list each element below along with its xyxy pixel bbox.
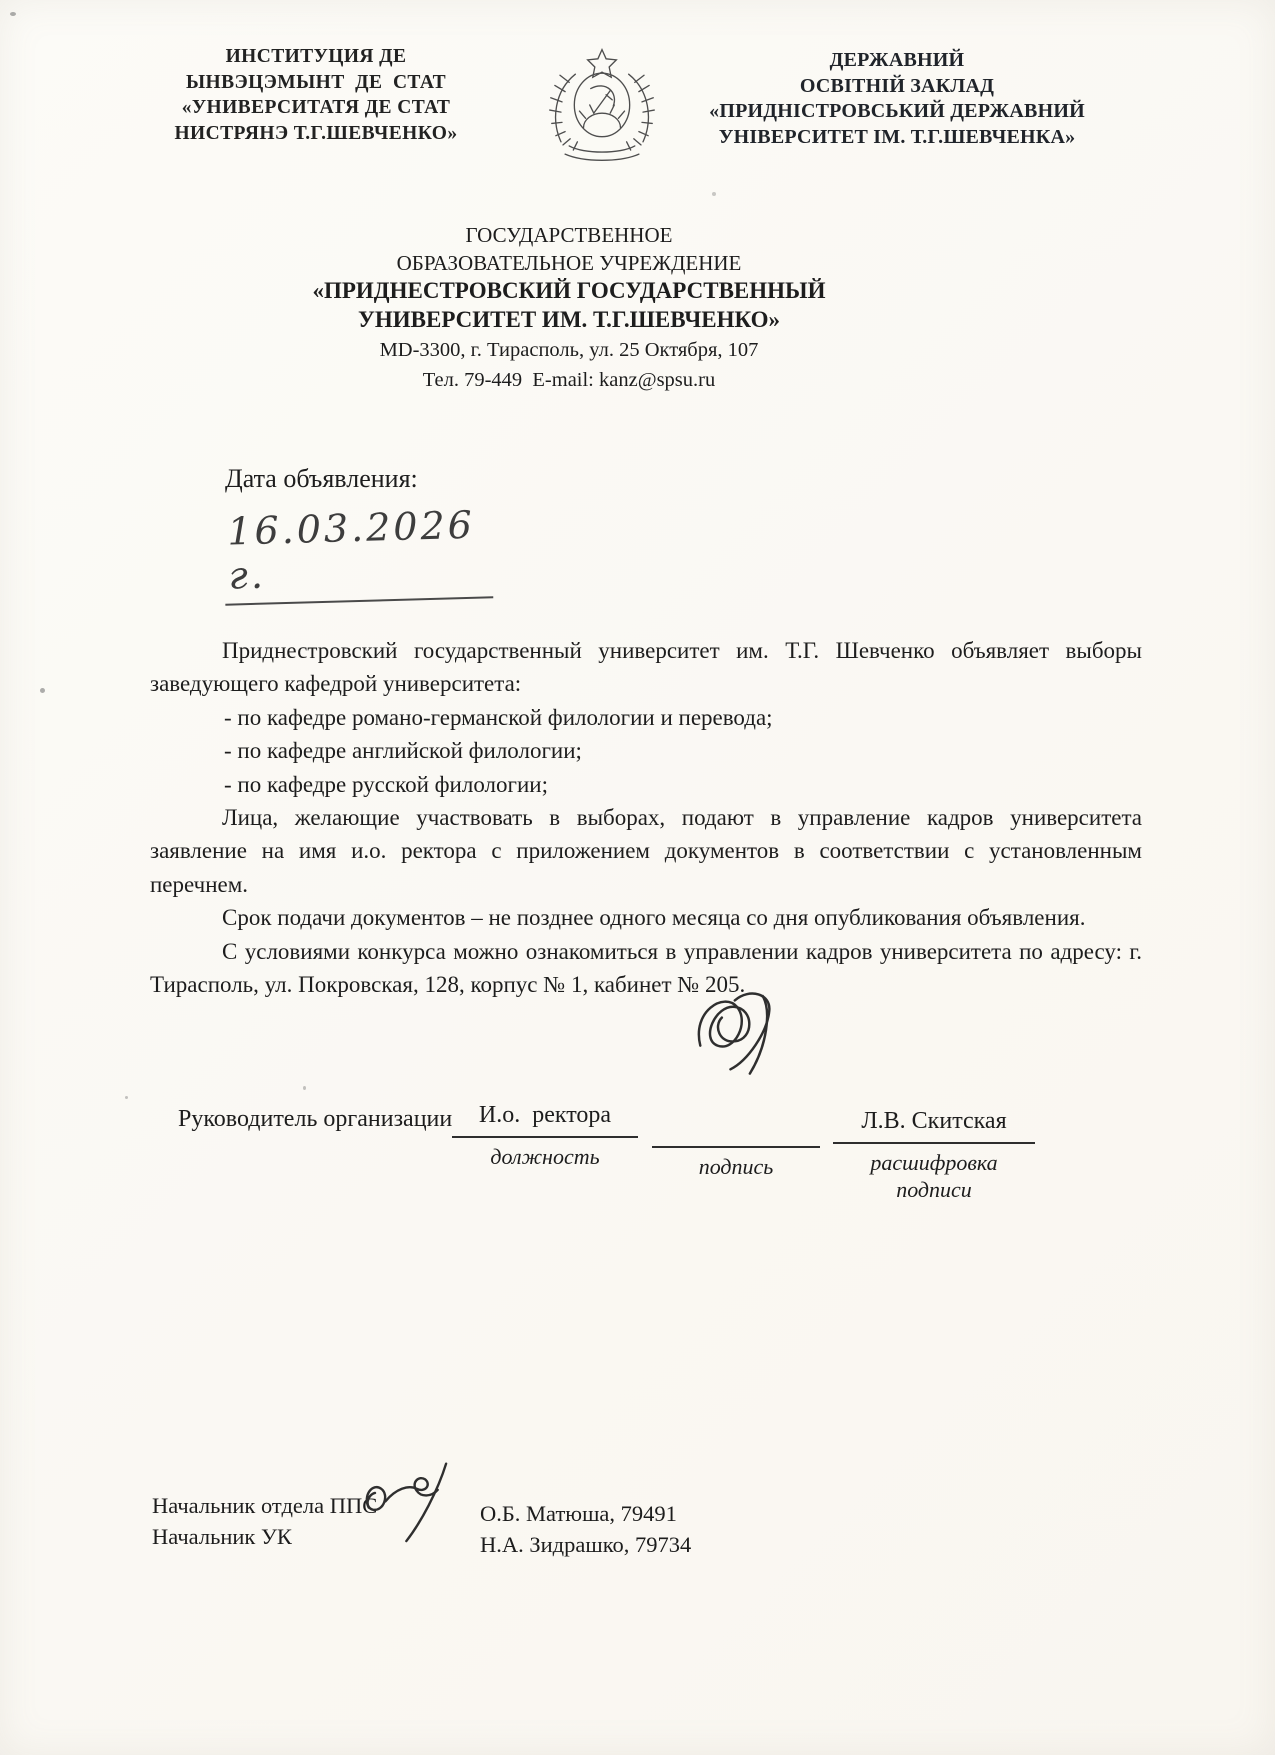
coat-of-arms-icon	[520, 44, 684, 170]
announcement-body: Приднестровский государственный универси…	[150, 634, 1142, 1001]
footer-official-title: Начальник отдела ППС	[152, 1490, 377, 1521]
org-address: MD-3300, г. Тирасполь, ул. 25 Октября, 1…	[212, 337, 926, 364]
footer-contacts: О.Б. Матюша, 79491 Н.А. Зидрашко, 79734	[480, 1498, 691, 1560]
department-list-item: - по кафедре русской филологии;	[224, 768, 1142, 801]
paragraph-announcement: Приднестровский государственный универси…	[150, 634, 1142, 701]
organization-block: ГОСУДАРСТВЕННОЕ ОБРАЗОВАТЕЛЬНОЕ УЧРЕЖДЕН…	[212, 222, 926, 394]
handwritten-date: 16.03.2026 г.	[223, 502, 494, 605]
name-caption-line2: подписи	[833, 1176, 1035, 1203]
signature-line	[652, 1146, 820, 1148]
scanned-document-page: ИНСТИТУЦИЯ ДЕ ЫНВЭЦЭМЫНТ ДЕ СТАТ «УНИВЕР…	[0, 0, 1275, 1755]
org-name-line: ОБРАЗОВАТЕЛЬНОЕ УЧРЕЖДЕНИЕ	[212, 250, 926, 278]
position-caption: должность	[452, 1143, 638, 1170]
paragraph-application: Лица, желающие участвовать в выборах, по…	[150, 801, 1142, 901]
letterhead-left-line: ИНСТИТУЦИЯ ДЕ	[148, 44, 484, 70]
position-value: И.о. ректора	[452, 1102, 638, 1138]
paragraph-contact-info: С условиями конкурса можно ознакомиться …	[150, 935, 1142, 1002]
scan-speck	[303, 1086, 306, 1090]
letterhead-right-ukrainian: ДЕРЖАВНИЙ ОСВІТНІЙ ЗАКЛАД «ПРИДНІСТРОВСЬ…	[668, 48, 1126, 150]
letterhead-left-moldovan: ИНСТИТУЦИЯ ДЕ ЫНВЭЦЭМЫНТ ДЕ СТАТ «УНИВЕР…	[148, 44, 484, 146]
org-name-line: ГОСУДАРСТВЕННОЕ	[212, 222, 926, 250]
letterhead-right-line: ОСВІТНІЙ ЗАКЛАД	[668, 74, 1126, 100]
scan-speck	[125, 1096, 128, 1099]
org-name-bold-line: УНИВЕРСИТЕТ ИМ. Т.Г.ШЕВЧЕНКО»	[212, 306, 926, 335]
footer-contact-line: Н.А. Зидрашко, 79734	[480, 1529, 691, 1560]
date-label: Дата объявления:	[225, 464, 418, 494]
letterhead-left-line: НИСТРЯНЭ Т.Г.ШЕВЧЕНКО»	[148, 121, 484, 147]
department-list-item: - по кафедре романо-германской филологии…	[224, 701, 1142, 734]
org-contact: Тел. 79-449 E-mail: kanz@spsu.ru	[212, 367, 926, 394]
paragraph-deadline: Срок подачи документов – не позднее одно…	[150, 901, 1142, 934]
footer-contact-line: О.Б. Матюша, 79491	[480, 1498, 691, 1529]
letterhead-left-line: «УНИВЕРСИТАТЯ ДЕ СТАТ	[148, 95, 484, 121]
scan-speck	[10, 12, 16, 16]
letterhead-left-line: ЫНВЭЦЭМЫНТ ДЕ СТАТ	[148, 70, 484, 96]
letterhead-right-line: ДЕРЖАВНИЙ	[668, 48, 1126, 74]
footer-signature	[352, 1455, 467, 1555]
org-name-bold-line: «ПРИДНЕСТРОВСКИЙ ГОСУДАРСТВЕННЫЙ	[212, 277, 926, 306]
scan-speck	[712, 192, 716, 196]
signatory-name: Л.В. Скитская	[833, 1108, 1035, 1144]
signatory-role-label: Руководитель организации	[178, 1106, 452, 1133]
footer-official-title: Начальник УК	[152, 1521, 377, 1552]
scan-speck	[40, 688, 45, 693]
name-caption-line1: расшифровка	[833, 1149, 1035, 1176]
department-list-item: - по кафедре английской филологии;	[224, 734, 1142, 767]
footer-officials: Начальник отдела ППС Начальник УК	[152, 1490, 377, 1552]
sign-caption: подпись	[652, 1153, 820, 1180]
signature-name-column: Л.В. Скитская расшифровка подписи	[833, 1108, 1035, 1203]
rector-signature	[668, 978, 808, 1096]
signature-sign-column: подпись	[652, 1146, 820, 1180]
letterhead-right-line: «ПРИДНІСТРОВСЬКИЙ ДЕРЖАВНИЙ	[668, 99, 1126, 125]
signature-position-column: И.о. ректора должность	[452, 1102, 638, 1170]
letterhead-right-line: УНІВЕРСИТЕТ ІМ. Т.Г.ШЕВЧЕНКА»	[668, 125, 1126, 151]
